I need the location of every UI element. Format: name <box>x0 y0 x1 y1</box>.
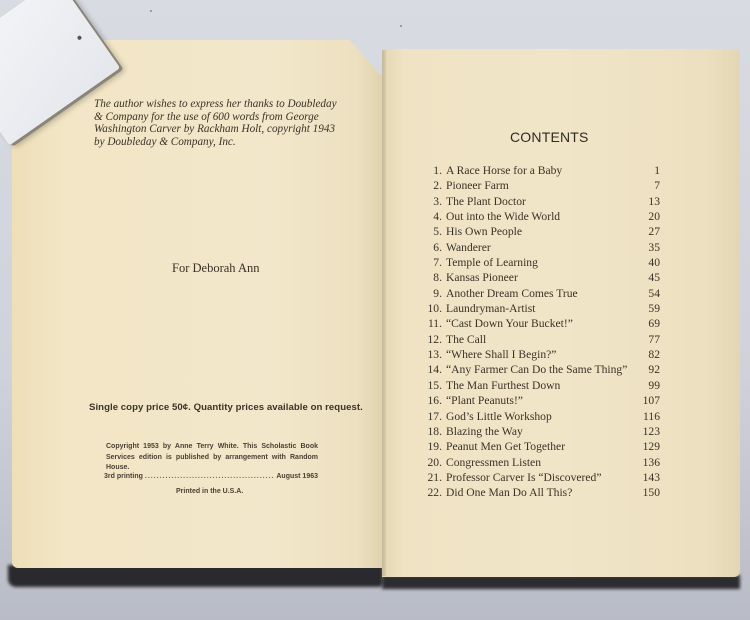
chapter-page: 123 <box>638 425 660 438</box>
acknowledgement-text: The author wishes to express her thanks … <box>94 98 344 148</box>
toc-entry: 10.Laundryman-Artist59 <box>424 302 660 317</box>
chapter-title: “Where Shall I Begin?” <box>446 348 638 361</box>
chapter-title: Another Dream Comes True <box>446 287 638 300</box>
printing-label: 3rd printing <box>104 473 143 480</box>
chapter-title: Congressmen Listen <box>446 456 638 469</box>
toc-entry: 19.Peanut Men Get Together129 <box>424 440 660 455</box>
toc-entry: 3.The Plant Doctor13 <box>424 195 660 210</box>
chapter-number: 14. <box>420 363 442 376</box>
chapter-number: 1. <box>424 164 442 177</box>
chapter-title: “Any Farmer Can Do the Same Thing” <box>446 363 638 376</box>
chapter-page: 143 <box>638 471 660 484</box>
toc-entry: 9.Another Dream Comes True54 <box>424 287 660 302</box>
toc-entry: 4.Out into the Wide World20 <box>424 210 660 225</box>
chapter-title: The Plant Doctor <box>446 195 638 208</box>
chapter-title: “Cast Down Your Bucket!” <box>446 317 638 330</box>
chapter-number: 6. <box>424 241 442 254</box>
copyright-text: Copyright 1953 by Anne Terry White. This… <box>106 442 318 474</box>
chapter-title: The Call <box>446 333 638 346</box>
chapter-page: 136 <box>638 456 660 469</box>
toc-entry: 21.Professor Carver Is “Discovered”143 <box>424 471 660 486</box>
chapter-number: 10. <box>420 302 442 315</box>
chapter-page: 59 <box>638 302 660 315</box>
card-mark <box>77 35 83 41</box>
chapter-number: 18. <box>420 425 442 438</box>
chapter-page: 150 <box>638 486 660 499</box>
price-notice: Single copy price 50¢. Quantity prices a… <box>89 402 363 413</box>
chapter-page: 7 <box>638 179 660 192</box>
toc-entry: 7.Temple of Learning40 <box>424 256 660 271</box>
chapter-number: 16. <box>420 394 442 407</box>
toc-entry: 20.Congressmen Listen136 <box>424 456 660 471</box>
toc-entry: 2.Pioneer Farm7 <box>424 179 660 194</box>
chapter-number: 12. <box>420 333 442 346</box>
toc-entry: 6.Wanderer35 <box>424 241 660 256</box>
chapter-number: 5. <box>424 225 442 238</box>
toc-entry: 1.A Race Horse for a Baby1 <box>424 164 660 179</box>
chapter-page: 116 <box>638 410 660 423</box>
toc-entry: 15.The Man Furthest Down99 <box>424 379 660 394</box>
chapter-title: Out into the Wide World <box>446 210 638 223</box>
chapter-number: 21. <box>420 471 442 484</box>
chapter-page: 77 <box>638 333 660 346</box>
printing-line: 3rd printing ...........................… <box>104 473 318 480</box>
chapter-number: 22. <box>420 486 442 499</box>
chapter-page: 27 <box>638 225 660 238</box>
chapter-page: 13 <box>638 195 660 208</box>
toc-entry: 11.“Cast Down Your Bucket!”69 <box>424 317 660 332</box>
contents-heading: CONTENTS <box>510 129 589 145</box>
dust-speck <box>400 25 402 27</box>
chapter-title: A Race Horse for a Baby <box>446 164 638 177</box>
chapter-page: 1 <box>638 164 660 177</box>
chapter-title: Temple of Learning <box>446 256 638 269</box>
toc-entry: 13.“Where Shall I Begin?”82 <box>424 348 660 363</box>
dust-speck <box>150 10 152 12</box>
chapter-title: The Man Furthest Down <box>446 379 638 392</box>
chapter-title: Laundryman-Artist <box>446 302 638 315</box>
chapter-title: Did One Man Do All This? <box>446 486 638 499</box>
toc-entry: 22.Did One Man Do All This?150 <box>424 486 660 501</box>
chapter-title: God’s Little Workshop <box>446 410 638 423</box>
chapter-number: 19. <box>420 440 442 453</box>
chapter-page: 45 <box>638 271 660 284</box>
chapter-page: 20 <box>638 210 660 223</box>
table-of-contents: 1.A Race Horse for a Baby12.Pioneer Farm… <box>424 164 660 502</box>
chapter-number: 9. <box>424 287 442 300</box>
chapter-number: 20. <box>420 456 442 469</box>
chapter-number: 3. <box>424 195 442 208</box>
chapter-page: 92 <box>638 363 660 376</box>
chapter-number: 2. <box>424 179 442 192</box>
chapter-title: Kansas Pioneer <box>446 271 638 284</box>
toc-entry: 8.Kansas Pioneer45 <box>424 271 660 286</box>
toc-entry: 5.His Own People27 <box>424 225 660 240</box>
chapter-page: 69 <box>638 317 660 330</box>
chapter-title: Blazing the Way <box>446 425 638 438</box>
chapter-title: Peanut Men Get Together <box>446 440 638 453</box>
chapter-page: 99 <box>638 379 660 392</box>
chapter-number: 7. <box>424 256 442 269</box>
book-gutter <box>382 50 386 576</box>
leader-dots: ........................................… <box>145 473 274 480</box>
chapter-title: Professor Carver Is “Discovered” <box>446 471 638 484</box>
chapter-number: 11. <box>420 317 442 330</box>
chapter-page: 40 <box>638 256 660 269</box>
book-shadow-left <box>8 565 383 587</box>
chapter-title: Pioneer Farm <box>446 179 638 192</box>
chapter-page: 35 <box>638 241 660 254</box>
chapter-title: Wanderer <box>446 241 638 254</box>
toc-entry: 14.“Any Farmer Can Do the Same Thing”92 <box>424 363 660 378</box>
printed-in-text: Printed in the U.S.A. <box>176 488 243 495</box>
toc-entry: 18.Blazing the Way123 <box>424 425 660 440</box>
toc-entry: 16.“Plant Peanuts!”107 <box>424 394 660 409</box>
chapter-number: 8. <box>424 271 442 284</box>
chapter-title: His Own People <box>446 225 638 238</box>
chapter-page: 54 <box>638 287 660 300</box>
chapter-title: “Plant Peanuts!” <box>446 394 638 407</box>
chapter-number: 17. <box>420 410 442 423</box>
toc-entry: 12.The Call77 <box>424 333 660 348</box>
toc-entry: 17.God’s Little Workshop116 <box>424 410 660 425</box>
book-shadow-right <box>382 575 740 589</box>
chapter-number: 15. <box>420 379 442 392</box>
chapter-number: 13. <box>420 348 442 361</box>
printing-date: August 1963 <box>276 473 318 480</box>
chapter-number: 4. <box>424 210 442 223</box>
dedication-text: For Deborah Ann <box>172 261 260 276</box>
chapter-page: 129 <box>638 440 660 453</box>
chapter-page: 107 <box>638 394 660 407</box>
chapter-page: 82 <box>638 348 660 361</box>
